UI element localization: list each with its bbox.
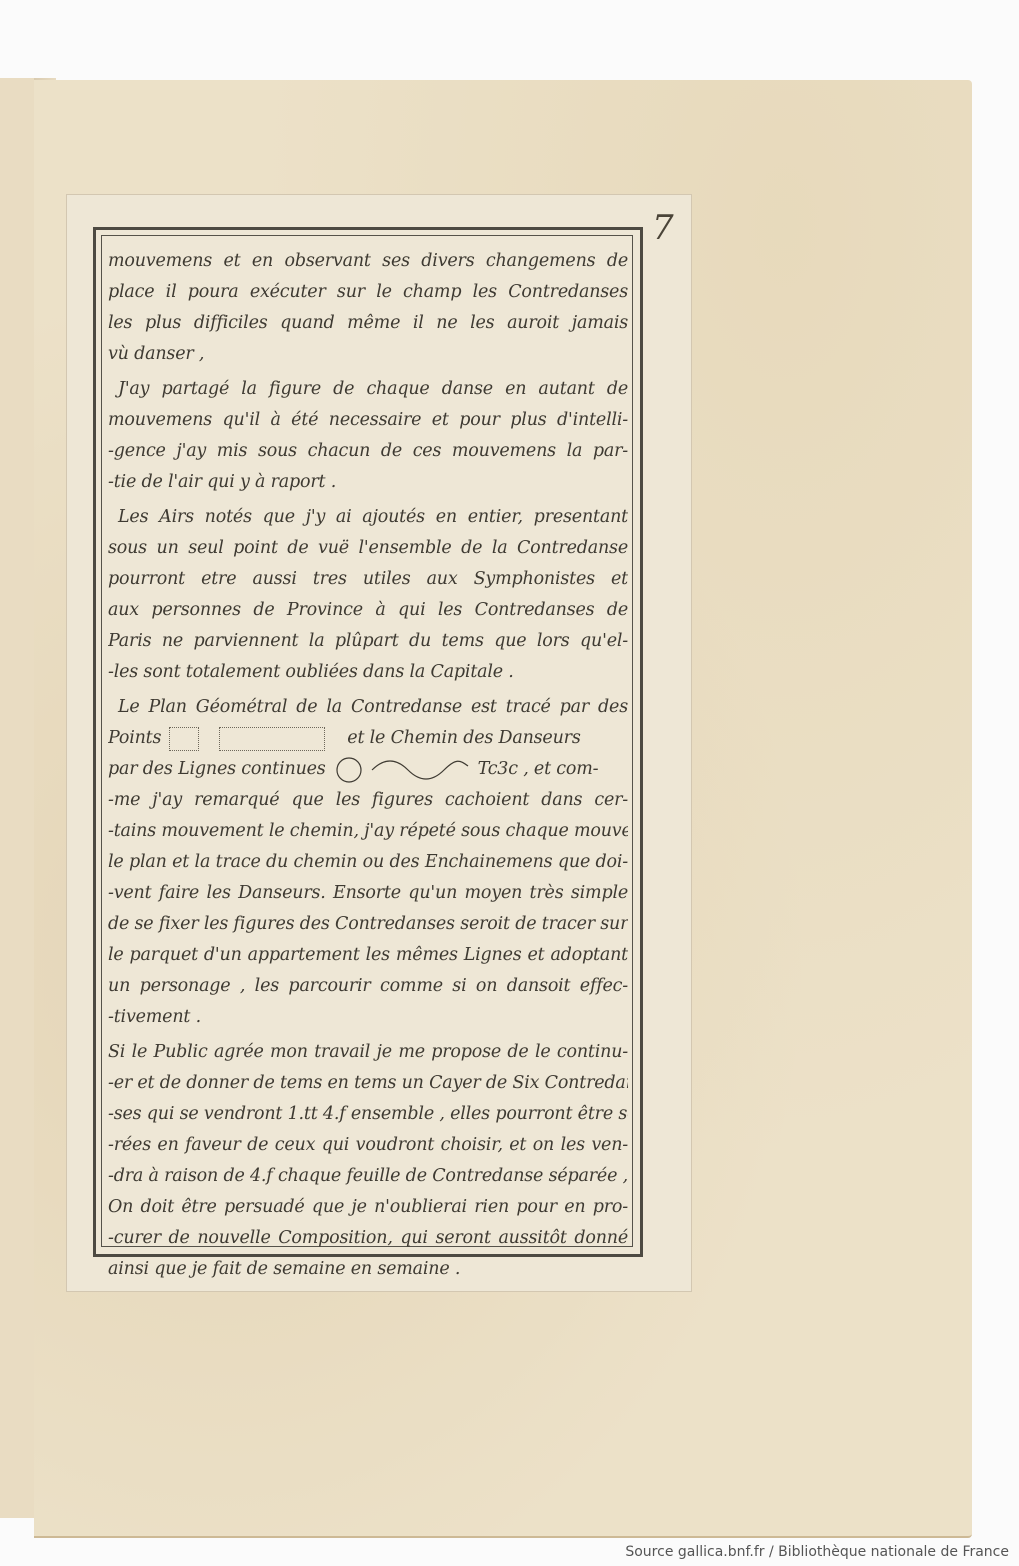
text-line-lignes: par des Lignes continues Tc3c , et com- [108,754,628,785]
path-symbols [334,756,470,784]
text-line: -curer de nouvelle Composition, qui sero… [108,1223,628,1254]
text-line: Si le Public agrée mon travail je me pro… [108,1037,628,1068]
text-line: J'ay partagé la figure de chaque danse e… [108,374,628,405]
text-line: sous un seul point de vuë l'ensemble de … [108,533,628,564]
text-line: Le Plan Géométral de la Contredanse est … [108,692,628,723]
text-line: -tains mouvement le chemin, j'ay répeté … [108,816,628,847]
text-line: Paris ne parviennent la plûpart du tems … [108,626,628,657]
dotted-square-icon [169,727,199,751]
text-line: place il poura exécuter sur le champ les… [108,277,628,308]
text-line: le plan et la trace du chemin ou des Enc… [108,847,628,878]
text-line: Les Airs notés que j'y ai ajoutés en ent… [108,502,628,533]
text-line: -tie de l'air qui y à raport . [108,467,628,498]
text-line: -dra à raison de 4.f chaque feuille de C… [108,1161,628,1192]
text-line: ainsi que je fait de semaine en semaine … [108,1254,628,1285]
text-line: aux personnes de Province à qui les Cont… [108,595,628,626]
symbol-suffix: Tc3c , et com- [478,754,599,785]
text-line: mouvemens et en observant ses divers cha… [108,246,628,277]
text-line: On doit être persuadé que je n'oublierai… [108,1192,628,1223]
lignes-label: par des Lignes continues [108,754,326,785]
facing-page-edge [0,78,35,1518]
text-line: -rées en faveur de ceux qui voudront cho… [108,1130,628,1161]
text-line-points: Points et le Chemin des Danseurs [108,723,628,754]
text-line: -er et de donner de tems en tems un Caye… [108,1068,628,1099]
text-line: de se fixer les figures des Contredanses… [108,909,628,940]
text-line: -gence j'ay mis sous chacun de ces mouve… [108,436,628,467]
text-line: vù danser , [108,339,628,370]
text-line: le parquet d'un appartement les mêmes Li… [108,940,628,971]
wave-path-icon [370,756,470,784]
text-line: les plus difficiles quand même il ne les… [108,308,628,339]
page-number: 7 [652,208,674,248]
text-line: -les sont totalement oubliées dans la Ca… [108,657,628,688]
points-label: Points [108,723,161,754]
engraved-text-block: mouvemens et en observant ses divers cha… [108,246,628,1285]
text-line: -tivement . [108,1002,628,1033]
text-line: -vent faire les Danseurs. Ensorte qu'un … [108,878,628,909]
source-credit: Source gallica.bnf.fr / Bibliothèque nat… [625,1544,1009,1560]
dotted-rectangle-icon [219,727,325,751]
text-line: pourront etre aussi tres utiles aux Symp… [108,564,628,595]
oval-path-icon [334,756,364,784]
text-line: -me j'ay remarqué que les figures cachoi… [108,785,628,816]
text-line: un personage , les parcourir comme si on… [108,971,628,1002]
chemin-label: et le Chemin des Danseurs [347,723,580,754]
text-line: mouvemens qu'il à été necessaire et pour… [108,405,628,436]
text-line: -ses qui se vendront 1.tt 4.f ensemble ,… [108,1099,628,1130]
